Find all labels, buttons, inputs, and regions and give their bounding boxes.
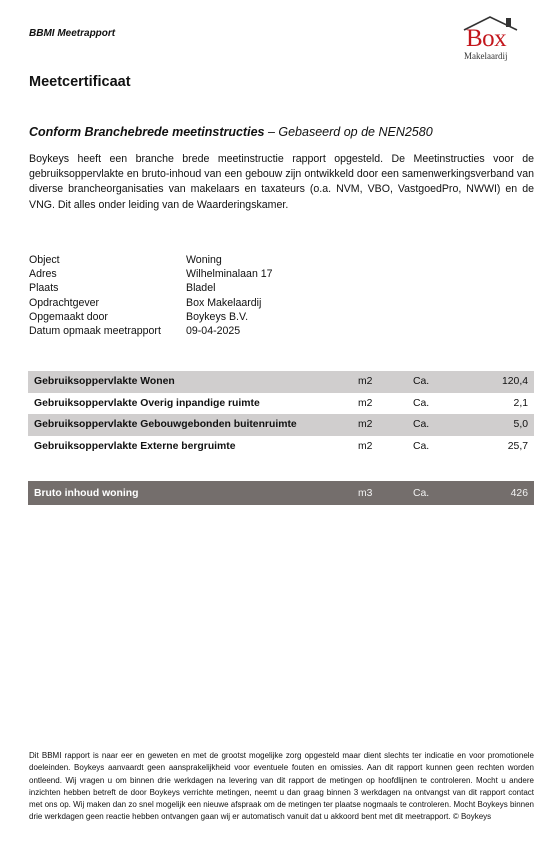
logo-name: Box (466, 26, 506, 51)
volume-unit: m3 (358, 488, 413, 499)
measurement-label: Gebruiksoppervlakte Wonen (34, 376, 358, 387)
measurement-unit: m2 (358, 376, 413, 387)
measurement-label: Gebruiksoppervlakte Overig inpandige rui… (34, 398, 358, 409)
detail-value: Boykeys B.V. (186, 310, 248, 324)
measurements-table: Gebruiksoppervlakte Wonen m2 Ca. 120,4 G… (28, 371, 534, 457)
measurement-approx: Ca. (413, 398, 468, 409)
detail-label: Adres (29, 267, 186, 281)
detail-label: Object (29, 253, 186, 267)
measurement-value: 5,0 (468, 419, 528, 430)
detail-row: ObjectWoning (29, 253, 273, 267)
measurement-value: 120,4 (468, 376, 528, 387)
volume-value: 426 (468, 488, 528, 499)
measurement-approx: Ca. (413, 441, 468, 452)
company-logo: Box Makelaardij (462, 14, 522, 58)
measurement-label: Gebruiksoppervlakte Gebouwgebonden buite… (34, 419, 358, 430)
detail-row: AdresWilhelminalaan 17 (29, 267, 273, 281)
detail-row: OpdrachtgeverBox Makelaardij (29, 296, 273, 310)
table-row: Gebruiksoppervlakte Gebouwgebonden buite… (28, 414, 534, 436)
detail-value: Box Makelaardij (186, 296, 261, 310)
detail-row: PlaatsBladel (29, 281, 273, 295)
report-header-title: BBMI Meetrapport (29, 28, 115, 39)
detail-row: Opgemaakt doorBoykeys B.V. (29, 310, 273, 324)
intro-paragraph: Boykeys heeft een branche brede meetinst… (29, 152, 534, 213)
detail-label: Plaats (29, 281, 186, 295)
measurement-unit: m2 (358, 441, 413, 452)
volume-label: Bruto inhoud woning (34, 488, 358, 499)
detail-row: Datum opmaak meetrapport09-04-2025 (29, 324, 273, 338)
detail-label: Opgemaakt door (29, 310, 186, 324)
table-row: Gebruiksoppervlakte Externe bergruimte m… (28, 436, 534, 458)
measurement-unit: m2 (358, 398, 413, 409)
subtitle: Conform Branchebrede meetinstructies – G… (29, 125, 433, 139)
detail-value: Woning (186, 253, 222, 267)
table-row: Bruto inhoud woning m3 Ca. 426 (28, 481, 534, 505)
detail-label: Datum opmaak meetrapport (29, 324, 186, 338)
measurement-approx: Ca. (413, 419, 468, 430)
details-list: ObjectWoning AdresWilhelminalaan 17 Plaa… (29, 253, 273, 338)
subtitle-rest: – Gebaseerd op de NEN2580 (264, 125, 432, 139)
subtitle-bold: Conform Branchebrede meetinstructies (29, 125, 264, 139)
table-row: Gebruiksoppervlakte Wonen m2 Ca. 120,4 (28, 371, 534, 393)
page-title: Meetcertificaat (29, 74, 131, 90)
detail-value: 09-04-2025 (186, 324, 240, 338)
detail-label: Opdrachtgever (29, 296, 186, 310)
table-row: Gebruiksoppervlakte Overig inpandige rui… (28, 393, 534, 415)
measurement-approx: Ca. (413, 376, 468, 387)
logo-subtitle: Makelaardij (464, 52, 507, 61)
detail-value: Bladel (186, 281, 215, 295)
measurement-value: 2,1 (468, 398, 528, 409)
volume-row: Bruto inhoud woning m3 Ca. 426 (28, 481, 534, 505)
volume-approx: Ca. (413, 488, 468, 499)
disclaimer: Dit BBMI rapport is naar eer en geweten … (29, 750, 534, 824)
measurement-value: 25,7 (468, 441, 528, 452)
detail-value: Wilhelminalaan 17 (186, 267, 273, 281)
measurement-label: Gebruiksoppervlakte Externe bergruimte (34, 441, 358, 452)
measurement-unit: m2 (358, 419, 413, 430)
